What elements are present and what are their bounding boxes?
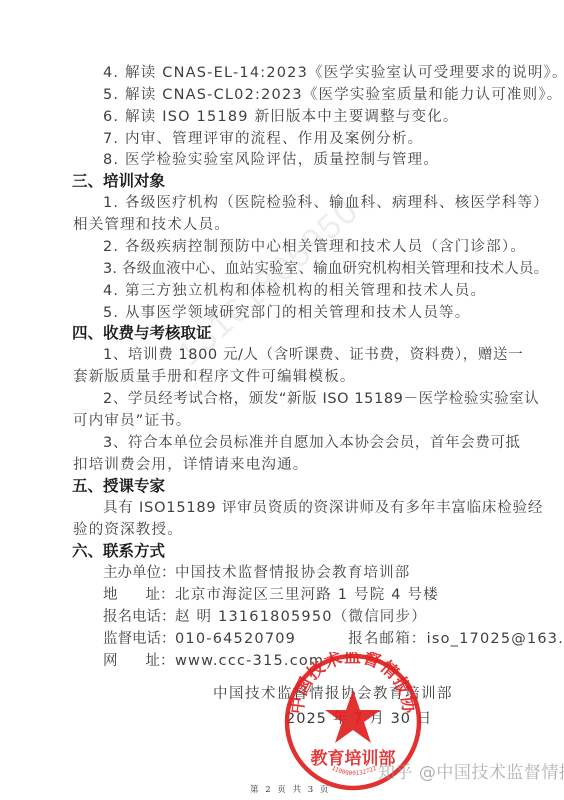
page-footer: 第 2 页 共 3 页 bbox=[250, 783, 330, 795]
section3-item-2: 2. 各级疾病控制预防中心相关管理和技术人员（含门诊部）。 bbox=[103, 237, 526, 257]
section3-item-4: 4. 第三方独立机构和体检机构的相关管理和技术人员。 bbox=[103, 281, 486, 301]
section5-heading: 五、授课专家 bbox=[72, 476, 165, 496]
section4-heading: 四、收费与考核取证 bbox=[72, 323, 212, 343]
section5-text: 具有 ISO15189 评审员资质的资深讲师及有多年丰富临床检验经 bbox=[103, 498, 543, 518]
supervise-phone: 010-64520709 bbox=[175, 631, 296, 647]
section2-item-8: 8. 医学检验实验室风险评估，质量控制与管理。 bbox=[103, 150, 439, 170]
address-value: 北京市海淀区三里河路 1 号院 4 号楼 bbox=[175, 587, 439, 603]
email-value[interactable]: iso_17025@163.com bbox=[427, 631, 564, 647]
contact-supervise-row: 监督电话：010-64520709报名邮箱：iso_17025@163.com bbox=[103, 629, 564, 649]
address-label: 地址： bbox=[103, 585, 175, 605]
section5-text-cont: 验的资深教授。 bbox=[73, 520, 183, 540]
zhihu-watermark: 知乎 @中国技术监督情报 bbox=[378, 758, 564, 783]
section4-item-1-cont: 套新版质量手册和程序文件可编辑模板。 bbox=[73, 367, 356, 387]
section6-heading: 六、联系方式 bbox=[72, 541, 165, 561]
website-label: 网址： bbox=[103, 651, 175, 671]
section4-item-3-cont: 扣培训费会用，详情请来电沟通。 bbox=[73, 455, 309, 475]
phone-label: 报名电话： bbox=[103, 607, 175, 627]
section2-item-7: 7. 内审、管理评审的流程、作用及案例分析。 bbox=[103, 129, 423, 149]
section4-item-2: 2、学员经考试合格，颁发“新版 ISO 15189－医学检验实验室认 bbox=[103, 389, 539, 409]
section3-item-1-cont: 相关管理和技术人员。 bbox=[73, 215, 230, 235]
document-page: 13161805950 4. 解读 CNAS-EL-14:2023《医学实验室认… bbox=[0, 0, 564, 800]
section3-heading: 三、培训对象 bbox=[72, 171, 165, 191]
section4-item-3: 3、符合本单位会员标准并自愿加入本协会会员，首年会费可抵 bbox=[103, 433, 521, 453]
phone-value: 赵 明 13161805950（微信同步） bbox=[175, 609, 427, 625]
contact-organizer-row: 主办单位：中国技术监督情报协会教育培训部 bbox=[103, 563, 411, 583]
section3-item-1: 1. 各级医疗机构（医院检验科、输血科、病理科、核医学科等） bbox=[103, 193, 549, 213]
section3-item-3: 3. 各级血液中心、血站实验室、输血研究机构相关管理和技术人员。 bbox=[103, 259, 548, 279]
section4-item-1: 1、培训费 1800 元/人（含听课费、证书费，资料费），赠送一 bbox=[103, 345, 523, 365]
supervise-label: 监督电话： bbox=[103, 629, 175, 649]
email-label: 报名邮箱： bbox=[348, 631, 427, 647]
section3-item-5: 5. 从事医学领域研究部门的相关管理和技术人员等。 bbox=[103, 303, 470, 323]
section4-item-2-cont: 可内审员”证书。 bbox=[73, 411, 192, 431]
section2-item-6: 6. 解读 ISO 15189 新旧版本中主要调整与变化。 bbox=[103, 107, 459, 127]
organizer-value: 中国技术监督情报协会教育培训部 bbox=[175, 565, 411, 581]
section2-item-5: 5. 解读 CNAS-CL02:2023《医学实验室质量和能力认可准则》。 bbox=[103, 85, 562, 105]
contact-address-row: 地址：北京市海淀区三里河路 1 号院 4 号楼 bbox=[103, 585, 439, 605]
contact-phone-row: 报名电话：赵 明 13161805950（微信同步） bbox=[103, 607, 427, 627]
organizer-label: 主办单位： bbox=[103, 563, 175, 583]
section2-item-4: 4. 解读 CNAS-EL-14:2023《医学实验室认可受理要求的说明》。 bbox=[103, 63, 564, 83]
